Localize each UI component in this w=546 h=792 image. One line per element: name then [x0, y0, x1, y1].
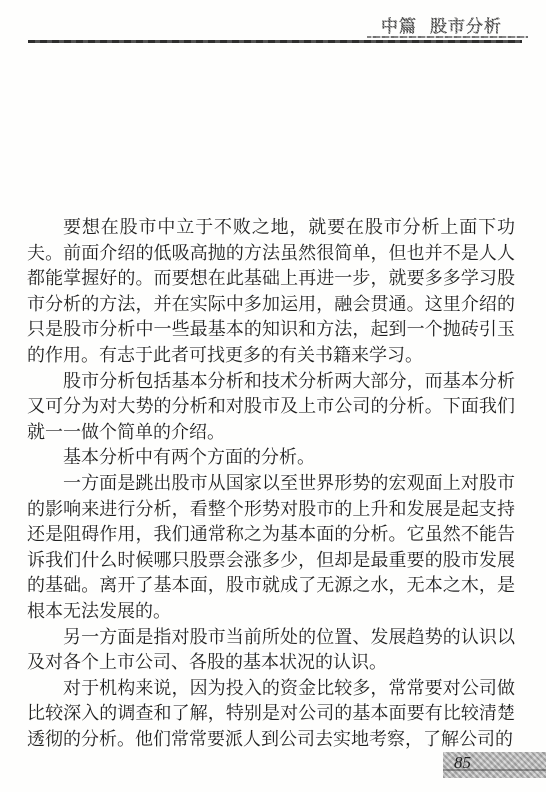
- page-number-badge: 85: [443, 752, 546, 778]
- paragraph: 股市分析包括基本分析和技术分析两大部分，而基本分析又可分为对大势的分析和对股市及…: [27, 369, 515, 446]
- running-head: 中篇 股市分析: [381, 12, 502, 37]
- page-number: 85: [454, 753, 471, 773]
- body-text: 要想在股市中立于不败之地，就要在股市分析上面下功夫。前面介绍的低吸高抛的方法虽然…: [27, 215, 515, 752]
- paragraph: 另一方面是指对股市当前所处的位置、发展趋势的认识以及对各个上市公司、各股的基本状…: [27, 625, 515, 676]
- paragraph: 要想在股市中立于不败之地，就要在股市分析上面下功夫。前面介绍的低吸高抛的方法虽然…: [27, 215, 515, 369]
- running-head-section-title: 股市分析: [430, 12, 502, 37]
- running-head-part-label: 中篇: [381, 12, 417, 37]
- paragraph: 一方面是跳出股市从国家以至世界形势的宏观面上对股市的影响来进行分析，看整个形势对…: [27, 471, 515, 625]
- header-rule: [28, 40, 522, 43]
- paragraph: 基本分析中有两个方面的分析。: [27, 445, 515, 471]
- running-head-underline: [367, 36, 528, 38]
- paragraph: 对于机构来说，因为投入的资金比较多，常常要对公司做比较深入的调查和了解，特别是对…: [27, 676, 515, 753]
- scanned-book-page: 中篇 股市分析 要想在股市中立于不败之地，就要在股市分析上面下功夫。前面介绍的低…: [0, 0, 546, 792]
